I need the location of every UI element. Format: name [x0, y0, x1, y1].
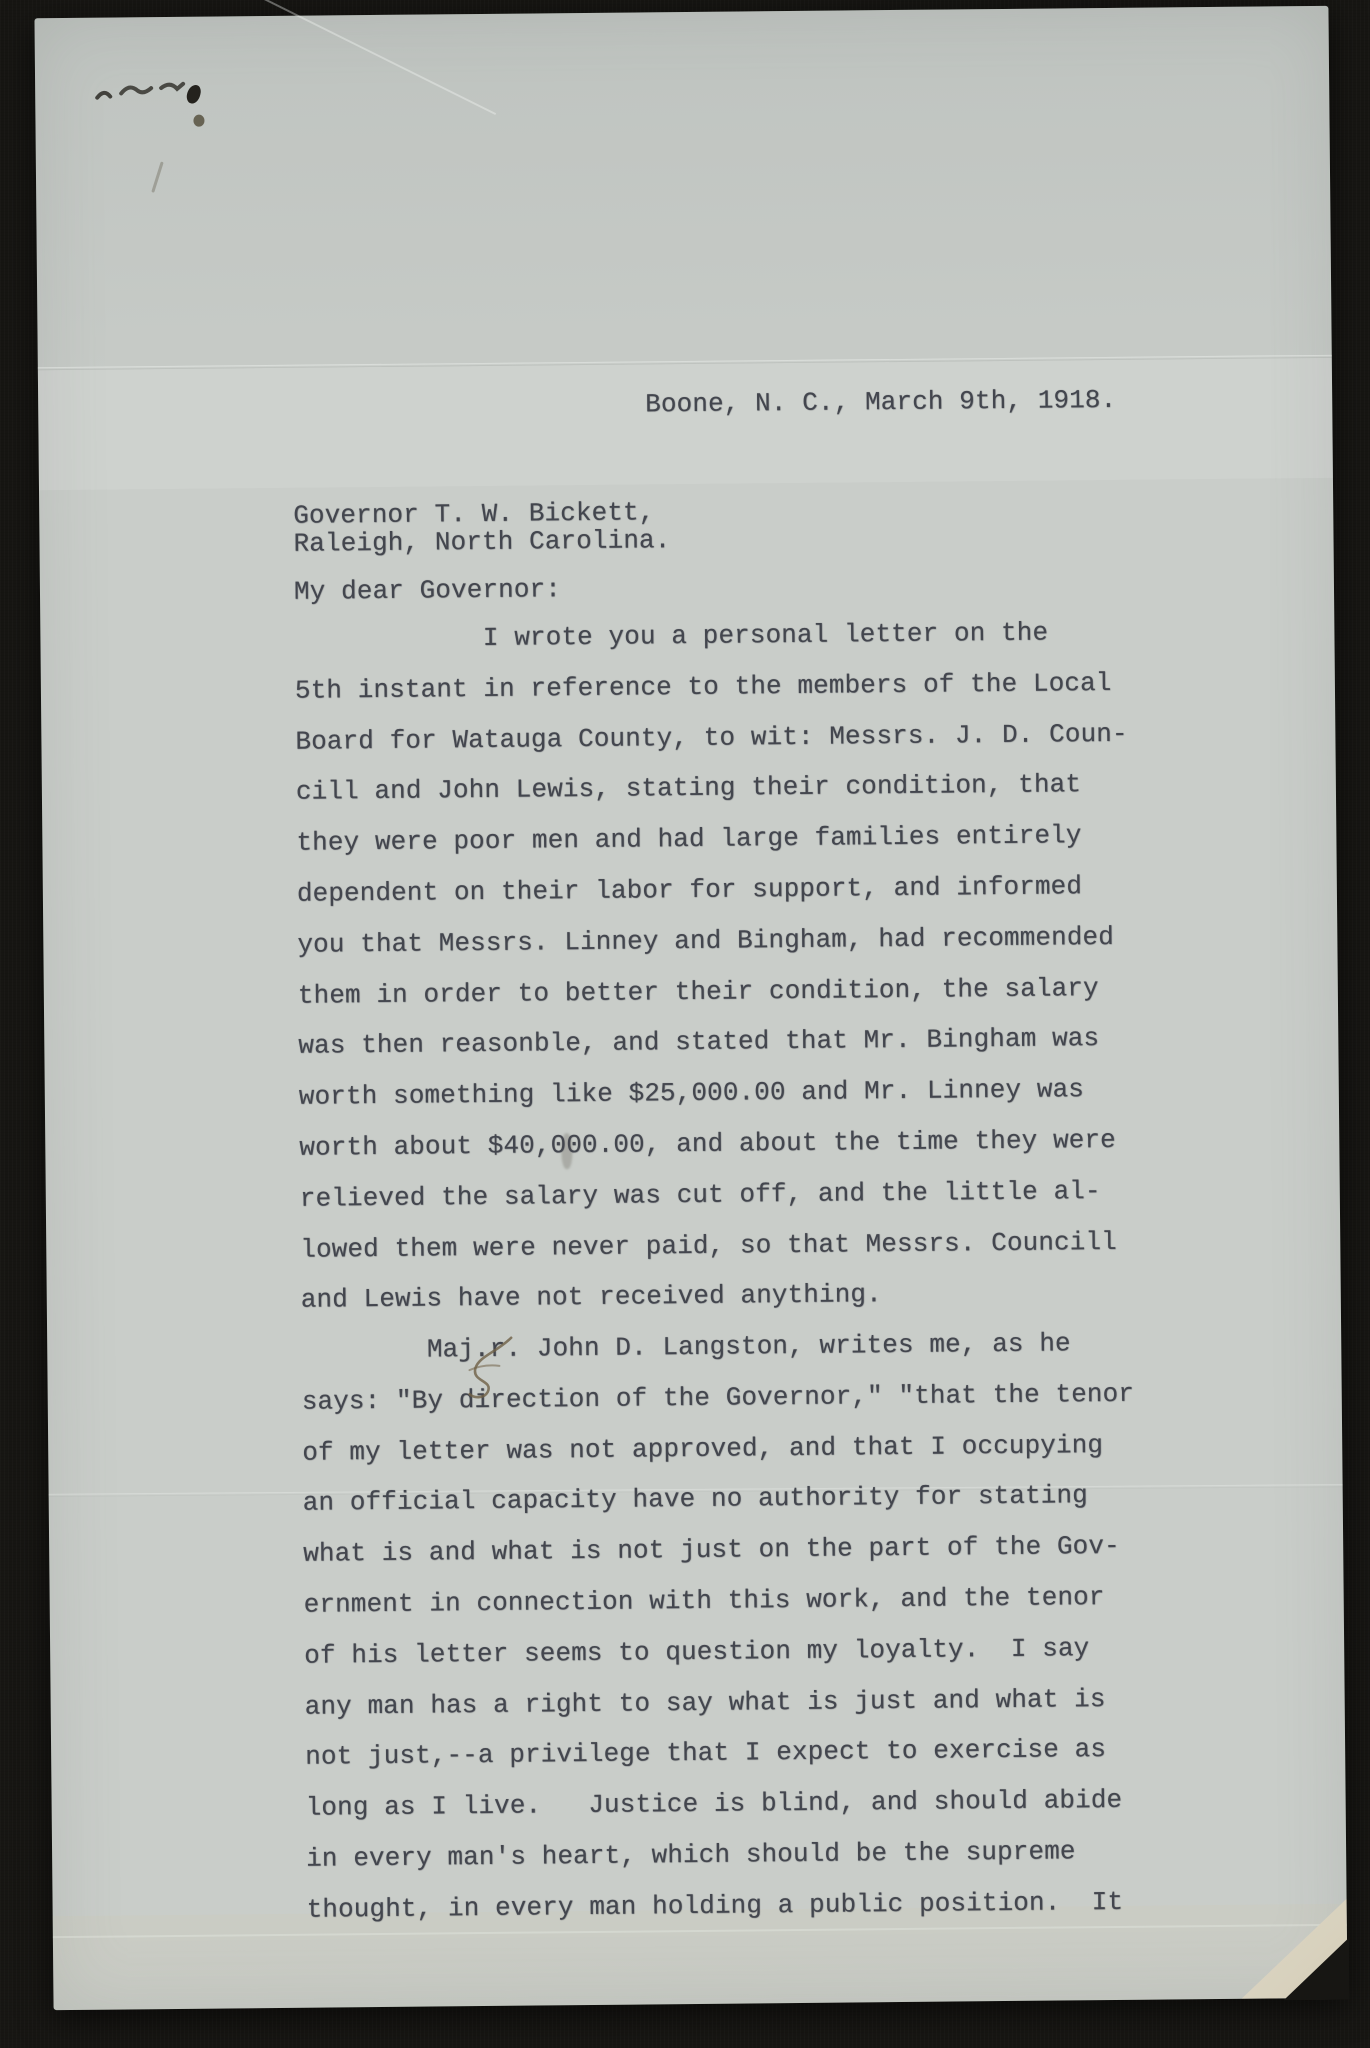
letter-line: and Lewis have not received anything.	[301, 1267, 1134, 1326]
recipient-city: Raleigh, North Carolina.	[293, 527, 670, 558]
letter-line: Maj.r. John D. Langston, writes me, as h…	[301, 1318, 1134, 1377]
ink-blot	[185, 83, 202, 105]
letter-line: ernment in connection with this work, an…	[303, 1572, 1136, 1631]
letter-line: I wrote you a personal letter on the	[294, 607, 1127, 666]
letter-line: worth something like $25,000.00 and Mr. …	[299, 1064, 1132, 1123]
paragraph-1: I wrote you a personal letter on the 5th…	[294, 607, 1133, 1326]
letter-line: 5th instant in reference to the members …	[295, 658, 1128, 717]
corner-crease	[254, 0, 497, 115]
letter-line: of his letter seems to question my loyal…	[304, 1623, 1137, 1682]
salutation: My dear Governor:	[294, 575, 561, 606]
letter-line: Board for Watauga County, to wit: Messrs…	[295, 708, 1128, 767]
paper-tone-band-mid	[38, 358, 1333, 490]
letter-line: relieved the salary was cut off, and the…	[300, 1166, 1133, 1225]
pencil-squiggle-mark	[91, 73, 211, 108]
paragraph-2: Maj.r. John D. Langston, writes me, as h…	[301, 1318, 1139, 1936]
scanned-letter-scene: Boone, N. C., March 9th, 1918. Governor …	[0, 0, 1370, 2048]
letter-line: of my letter was not approved, and that …	[302, 1419, 1135, 1478]
letter-line: an official capacity have no authority f…	[302, 1470, 1135, 1529]
fold-crease-upper	[38, 355, 1332, 370]
letter-line: was then reasonble, and stated that Mr. …	[298, 1013, 1131, 1072]
letter-line: any man has a right to say what is just …	[304, 1673, 1137, 1732]
letter-line: worth about $40,000.00, and about the ti…	[299, 1115, 1132, 1174]
letter-line: lowed them were never paid, so that Mess…	[300, 1216, 1133, 1275]
letter-line: says: "By direction of the Governor," "t…	[302, 1369, 1135, 1428]
recipient-address-block: Governor T. W. Bickett, Raleigh, North C…	[293, 499, 670, 558]
letter-line: they were poor men and had large familie…	[296, 810, 1129, 869]
letter-page: Boone, N. C., March 9th, 1918. Governor …	[34, 6, 1347, 2010]
letter-line: thought, in every man holding a public p…	[306, 1877, 1139, 1936]
dateline: Boone, N. C., March 9th, 1918.	[645, 386, 1116, 419]
letter-line: you that Messrs. Linney and Bingham, had…	[297, 912, 1130, 971]
letter-line: cill and John Lewis, stating their condi…	[296, 759, 1129, 818]
letter-line: in every man's heart, which should be th…	[306, 1826, 1139, 1885]
letter-line: what is and what is not just on the part…	[303, 1521, 1136, 1580]
letter-line: long as I live. Justice is blind, and sh…	[305, 1775, 1138, 1834]
paper-tone-band-top	[34, 6, 1331, 370]
letter-line: not just,--a privilege that I expect to …	[305, 1724, 1138, 1783]
letter-line: them in order to better their condition,…	[298, 962, 1131, 1021]
ink-blot-small	[193, 115, 204, 127]
paper-scratch	[151, 161, 163, 192]
letter-line: dependent on their labor for support, an…	[297, 861, 1130, 920]
